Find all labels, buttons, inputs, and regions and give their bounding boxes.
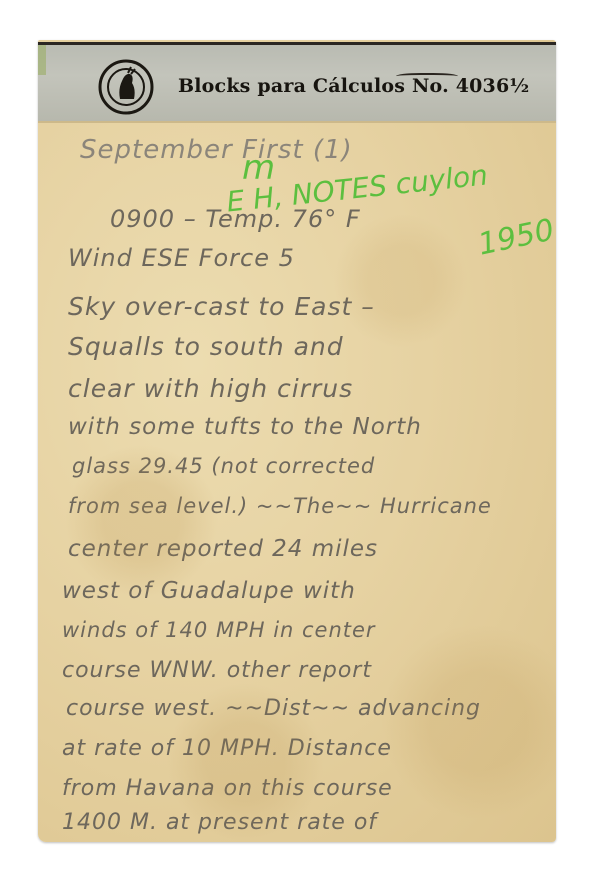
handwritten-line-10: center reported 24 miles <box>68 536 378 562</box>
green-annotation-year: 1950 <box>475 212 557 262</box>
handwritten-line-4: Sky over-cast to East – <box>68 292 375 321</box>
header-stain <box>38 45 46 75</box>
handwritten-line-8: glass 29.45 (not corrected <box>72 454 375 478</box>
handwritten-line-2: 0900 – Temp. 76° F <box>110 205 361 233</box>
handwritten-line-6: clear with high cirrus <box>68 374 353 403</box>
handwritten-line-7: with some tufts to the North <box>68 414 422 440</box>
handwritten-line-14: course west. ~~Dist~~ advancing <box>66 696 481 721</box>
handwritten-line-15: at rate of 10 MPH. Distance <box>62 736 392 761</box>
handwritten-line-17: 1400 M. at present rate of <box>62 810 377 835</box>
handwritten-line-13: course WNW. other report <box>62 658 372 683</box>
ink-scribble <box>396 73 458 81</box>
handwritten-line-1: September First (1) <box>80 135 353 165</box>
handwritten-line-12: winds of 140 MPH in center <box>62 618 376 642</box>
pad-header-band: Blocks para Cálculos No. 4036½ <box>38 42 556 123</box>
indian-chief-logo-icon <box>98 59 154 115</box>
printed-title: Blocks para Cálculos No. 4036½ <box>178 75 529 97</box>
handwritten-line-16: from Havana on this course <box>62 776 393 801</box>
handwritten-line-9: from sea level.) ~~The~~ Hurricane <box>68 494 492 518</box>
notepad-page: Blocks para Cálculos No. 4036½ m E H, NO… <box>38 40 556 842</box>
handwritten-line-5: Squalls to south and <box>68 332 344 361</box>
handwritten-line-11: west of Guadalupe with <box>62 578 356 604</box>
handwritten-line-3: Wind ESE Force 5 <box>68 244 295 272</box>
